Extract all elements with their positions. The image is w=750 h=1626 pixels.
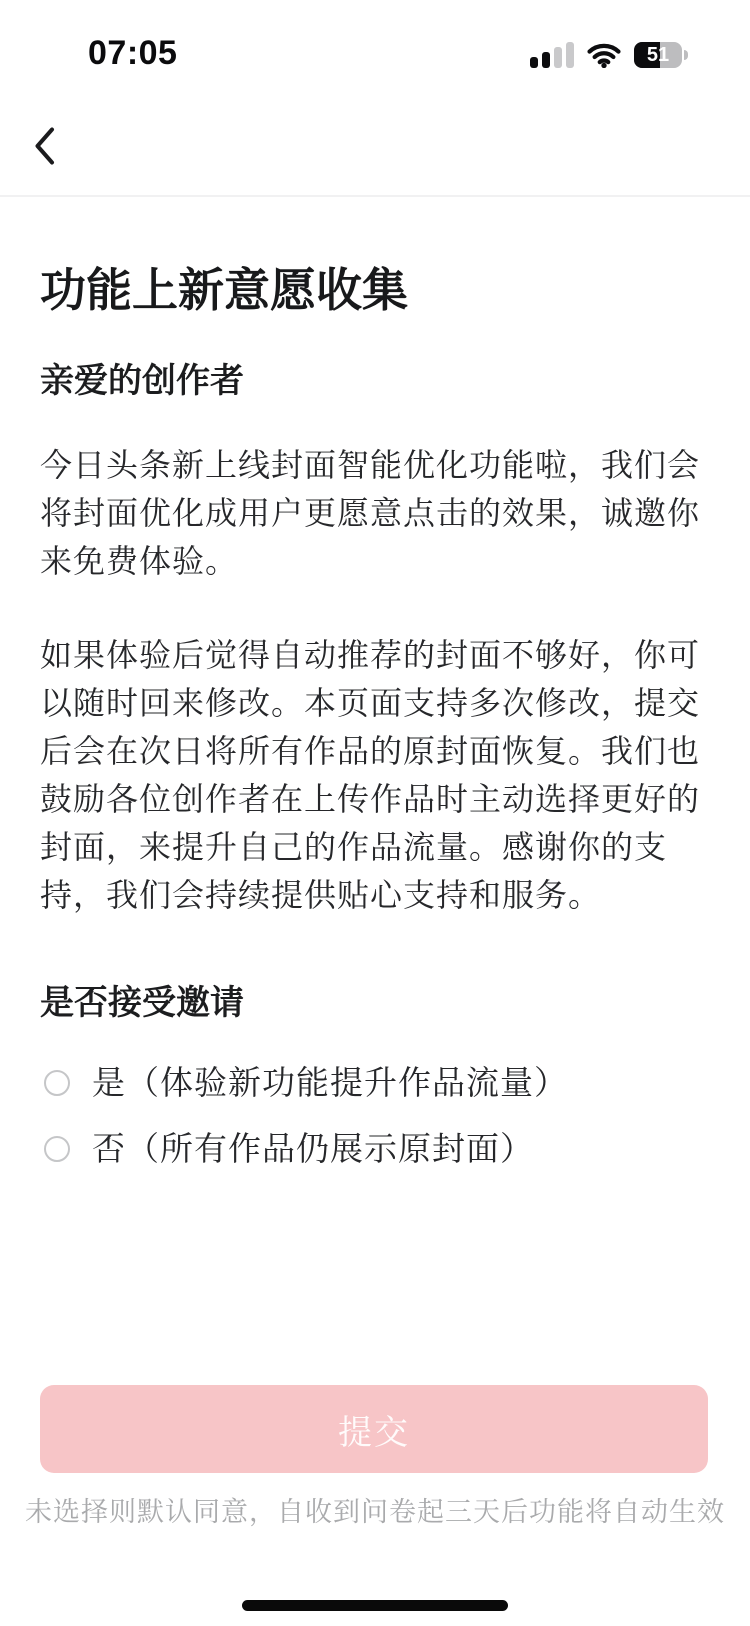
battery-cap bbox=[684, 50, 688, 60]
nav-bar bbox=[0, 90, 750, 197]
phone-screen: 07:05 51 bbox=[0, 0, 750, 1626]
submit-button[interactable]: 提交 bbox=[40, 1385, 708, 1473]
battery-icon: 51 bbox=[634, 42, 688, 68]
wifi-icon bbox=[587, 42, 621, 68]
radio-option-no[interactable]: 否（所有作品仍展示原封面） bbox=[40, 1129, 710, 1169]
submit-footnote: 未选择则默认同意，自收到问卷起三天后功能将自动生效 bbox=[0, 1494, 750, 1530]
battery-percent: 51 bbox=[634, 42, 682, 68]
radio-option-yes[interactable]: 是（体验新功能提升作品流量） bbox=[40, 1063, 710, 1103]
status-icons: 51 bbox=[530, 41, 688, 69]
greeting-heading: 亲爱的创作者 bbox=[40, 359, 710, 403]
status-time: 07:05 bbox=[88, 34, 177, 73]
survey-content: 功能上新意愿收集 亲爱的创作者 今日头条新上线封面智能优化功能啦，我们会将封面优… bbox=[0, 199, 750, 1169]
home-indicator[interactable] bbox=[242, 1600, 508, 1611]
status-bar: 07:05 51 bbox=[0, 0, 750, 90]
radio-option-no-label: 否（所有作品仍展示原封面） bbox=[92, 1129, 534, 1169]
back-button[interactable] bbox=[16, 118, 72, 174]
radio-circle-icon[interactable] bbox=[44, 1070, 70, 1096]
chevron-left-icon bbox=[32, 126, 56, 166]
question-label: 是否接受邀请 bbox=[40, 981, 710, 1025]
radio-option-yes-label: 是（体验新功能提升作品流量） bbox=[92, 1063, 568, 1103]
cellular-signal-icon bbox=[530, 42, 574, 68]
page-title: 功能上新意愿收集 bbox=[40, 261, 710, 319]
intro-paragraph: 今日头条新上线封面智能优化功能啦，我们会将封面优化成用户更愿意点击的效果，诚邀你… bbox=[40, 441, 710, 585]
detail-paragraph: 如果体验后觉得自动推荐的封面不够好，你可以随时回来修改。本页面支持多次修改，提交… bbox=[40, 631, 710, 919]
radio-circle-icon[interactable] bbox=[44, 1136, 70, 1162]
